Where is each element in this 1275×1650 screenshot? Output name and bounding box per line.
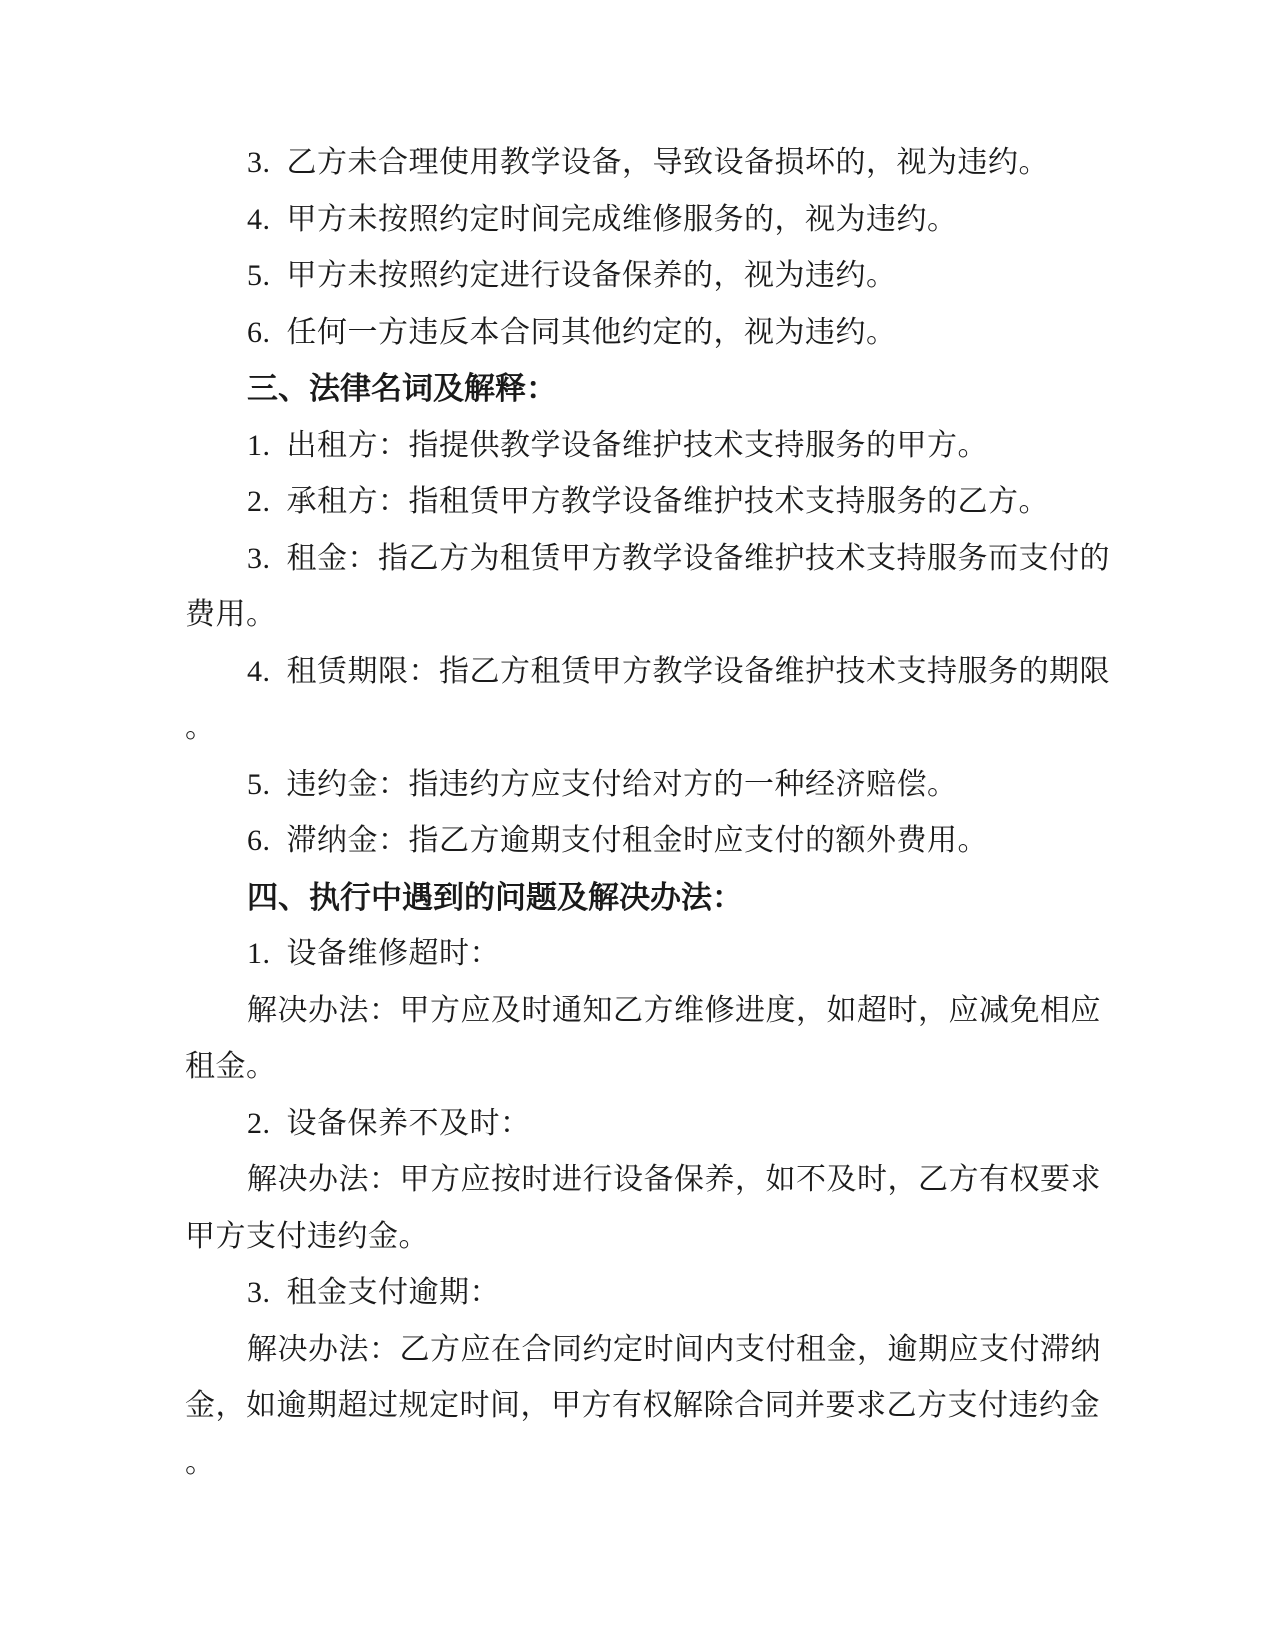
text-line: 4. 租赁期限：指乙方租赁甲方教学设备维护技术支持服务的期限	[185, 644, 1097, 701]
text-line: 4. 甲方未按照约定时间完成维修服务的，视为违约。	[185, 192, 1097, 249]
text-line: 2. 承租方：指租赁甲方教学设备维护技术支持服务的乙方。	[185, 474, 1097, 531]
text-line: 解决办法：甲方应及时通知乙方维修进度，如超时，应减免相应	[185, 983, 1097, 1040]
document-text-block: 3. 乙方未合理使用教学设备，导致设备损坏的，视为违约。4. 甲方未按照约定时间…	[185, 135, 1097, 1491]
text-line: 。	[185, 700, 1097, 757]
text-line: 。	[185, 1435, 1097, 1492]
text-line: 6. 任何一方违反本合同其他约定的，视为违约。	[185, 305, 1097, 362]
text-line: 甲方支付违约金。	[185, 1209, 1097, 1266]
text-line: 1. 设备维修超时：	[185, 926, 1097, 983]
section-heading: 三、法律名词及解释：	[185, 361, 1097, 418]
text-line: 2. 设备保养不及时：	[185, 1096, 1097, 1153]
text-line: 3. 租金：指乙方为租赁甲方教学设备维护技术支持服务而支付的	[185, 531, 1097, 588]
text-line: 解决办法：甲方应按时进行设备保养，如不及时，乙方有权要求	[185, 1152, 1097, 1209]
text-line: 6. 滞纳金：指乙方逾期支付租金时应支付的额外费用。	[185, 813, 1097, 870]
text-line: 3. 租金支付逾期：	[185, 1265, 1097, 1322]
text-line: 金，如逾期超过规定时间，甲方有权解除合同并要求乙方支付违约金	[185, 1378, 1097, 1435]
text-line: 费用。	[185, 587, 1097, 644]
text-line: 1. 出租方：指提供教学设备维护技术支持服务的甲方。	[185, 418, 1097, 475]
document-page: 3. 乙方未合理使用教学设备，导致设备损坏的，视为违约。4. 甲方未按照约定时间…	[0, 0, 1275, 1650]
text-line: 5. 违约金：指违约方应支付给对方的一种经济赔偿。	[185, 757, 1097, 814]
section-heading: 四、执行中遇到的问题及解决办法：	[185, 870, 1097, 927]
text-line: 解决办法：乙方应在合同约定时间内支付租金，逾期应支付滞纳	[185, 1322, 1097, 1379]
text-line: 3. 乙方未合理使用教学设备，导致设备损坏的，视为违约。	[185, 135, 1097, 192]
text-line: 5. 甲方未按照约定进行设备保养的，视为违约。	[185, 248, 1097, 305]
text-line: 租金。	[185, 1039, 1097, 1096]
